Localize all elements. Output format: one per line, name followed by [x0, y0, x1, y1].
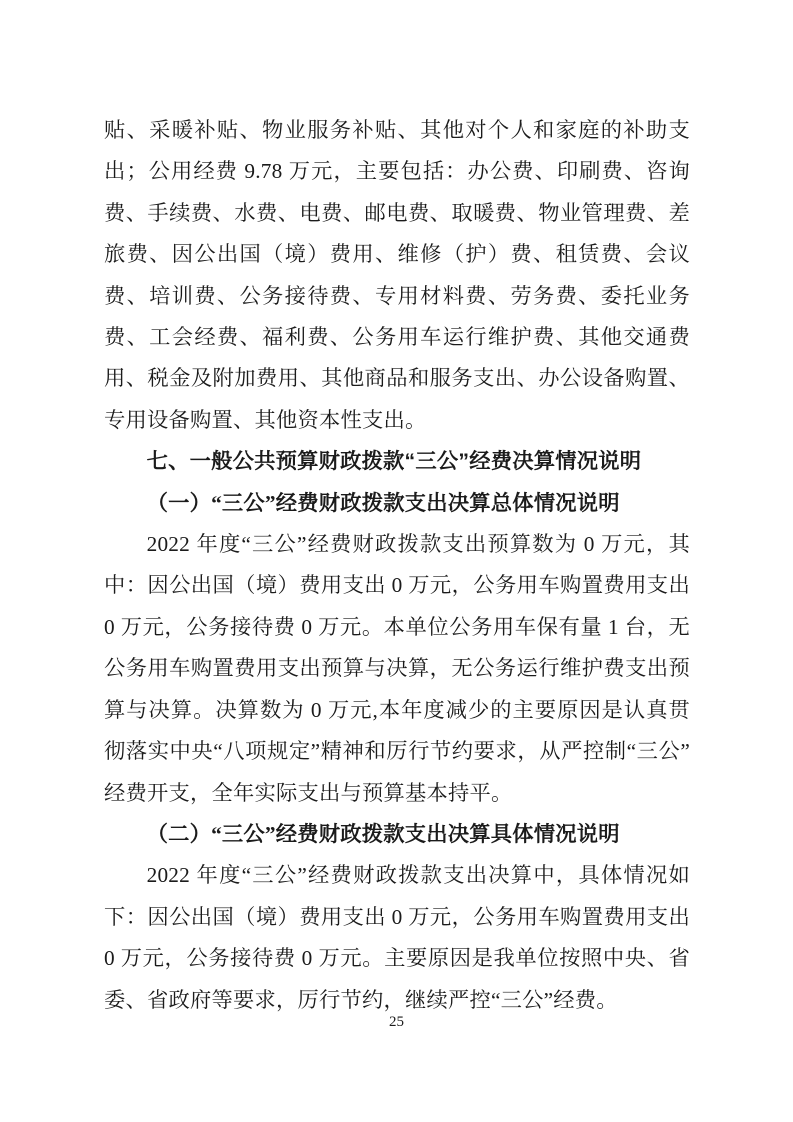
subsection-heading-two: （二）“三公”经费财政拨款支出决算具体情况说明 — [104, 814, 690, 855]
paragraph-specific-situation: 2022 年度“三公”经费财政拨款支出决算中，具体情况如下：因公出国（境）费用支… — [104, 855, 690, 1021]
paragraph-overall-situation: 2022 年度“三公”经费财政拨款支出预算数为 0 万元，其中：因公出国（境）费… — [104, 524, 690, 814]
page-number: 25 — [0, 1010, 793, 1034]
document-page: 贴、采暖补贴、物业服务补贴、其他对个人和家庭的补助支出；公用经费 9.78 万元… — [0, 0, 793, 1122]
section-heading-seven: 七、一般公共预算财政拨款“三公”经费决算情况说明 — [104, 441, 690, 482]
subsection-heading-one: （一）“三公”经费财政拨款支出决算总体情况说明 — [104, 483, 690, 524]
paragraph-continuation: 贴、采暖补贴、物业服务补贴、其他对个人和家庭的补助支出；公用经费 9.78 万元… — [104, 110, 690, 441]
document-content: 贴、采暖补贴、物业服务补贴、其他对个人和家庭的补助支出；公用经费 9.78 万元… — [104, 110, 690, 1021]
